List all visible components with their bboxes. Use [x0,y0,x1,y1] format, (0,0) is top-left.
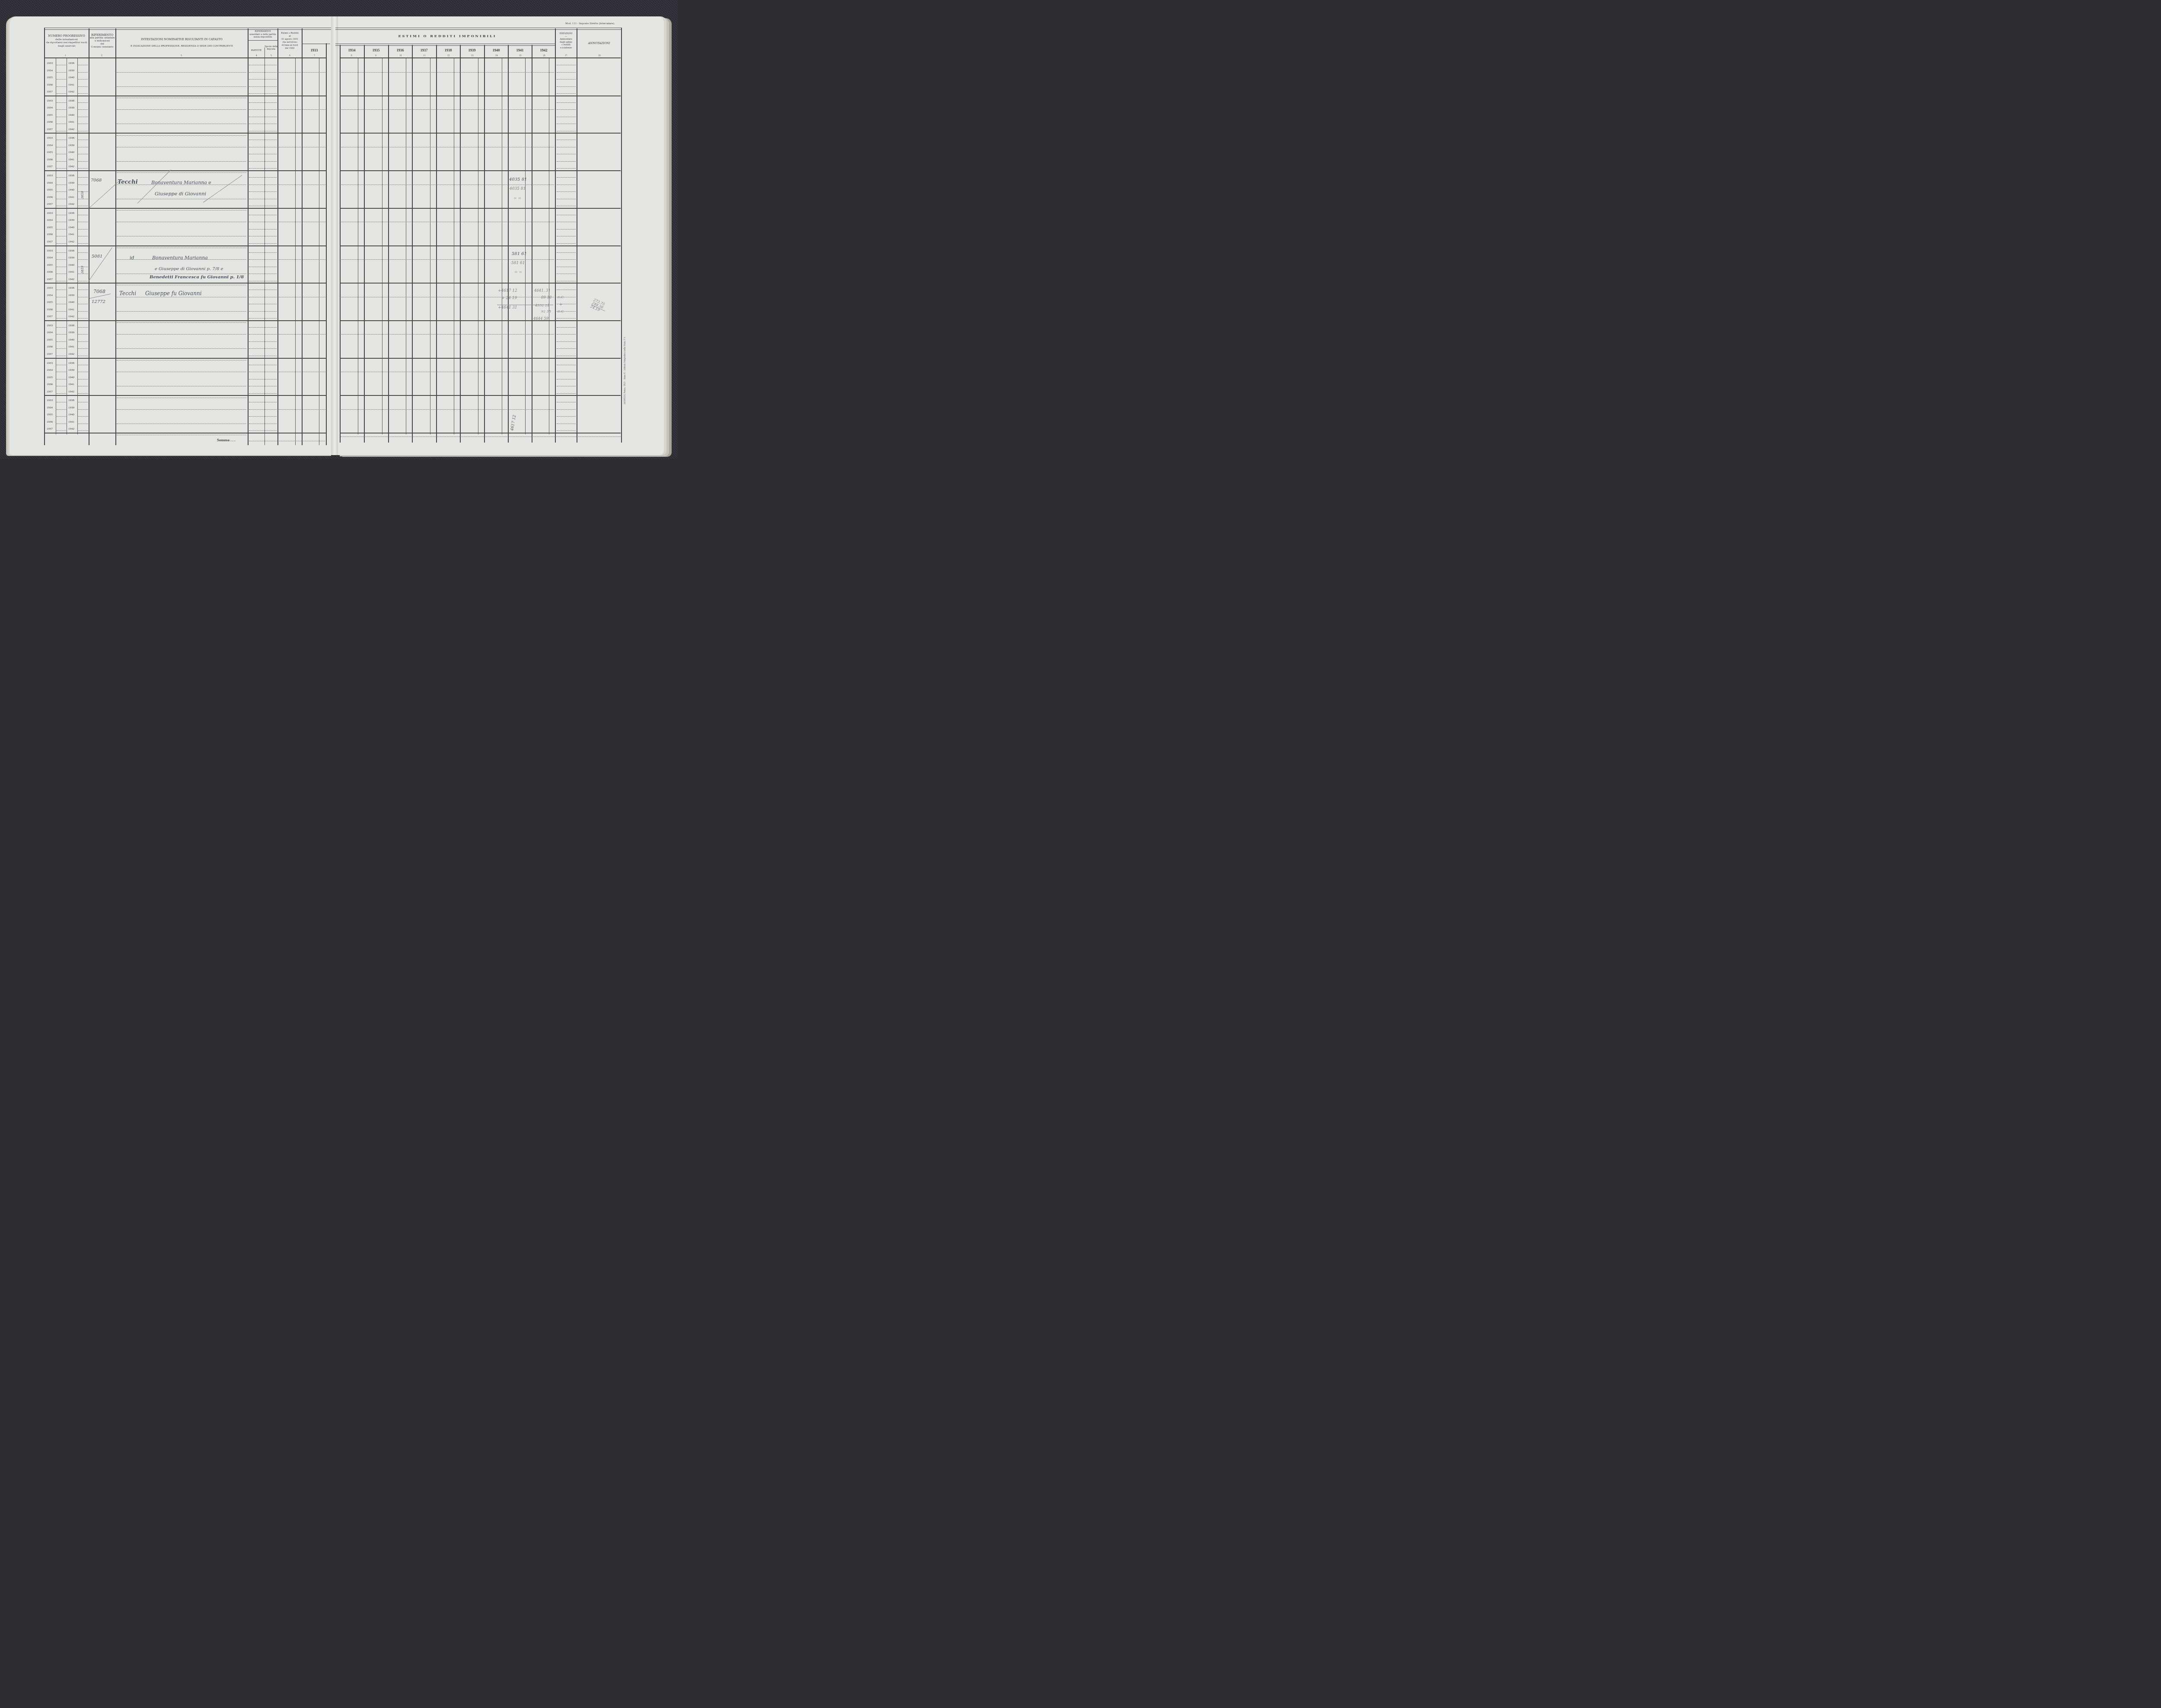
fill-dots [78,109,88,110]
block-separator [45,358,326,359]
fill-dots [249,222,277,222]
row-year-label: 1941 [68,195,74,199]
subheader-rule [302,44,330,44]
fill-dots [557,131,576,131]
col-divider [358,58,358,434]
value-main: 89 [541,296,546,300]
row-year-label: 1937 [47,427,53,430]
fill-dots [249,297,277,297]
row-year-label: 1939 [68,181,74,185]
fill-dots [557,281,576,281]
row-year-label: 1942 [68,427,74,430]
col-divider [549,58,549,434]
name-writing-line [117,360,246,360]
fill-dots [78,147,88,147]
row-year-label: 1942 [68,277,74,281]
header-subtitle: E INDICAZIONE DELLA PROFESSIONE, RESIDEN… [116,45,248,48]
fill-dots [557,379,576,379]
fill-dots [249,290,277,290]
fill-dots [249,259,277,260]
value-main: 581 [512,252,520,256]
fill-dots [78,348,88,349]
fill-dots [78,124,88,124]
name-writing-line [117,285,246,285]
fill-dots [249,185,277,185]
fill-dots [57,191,66,192]
row-year-label: 1940 [68,300,74,304]
header-line: che servirono [278,41,302,44]
fill-dots [78,334,88,335]
fill-dots [57,259,66,260]
name-writing-line [117,147,246,147]
col-divider [555,29,556,443]
row-year-label: 1938 [68,99,74,102]
column-number: 10 [399,55,402,57]
fill-dots [249,140,277,140]
fill-dots [57,215,66,215]
col-divider [454,58,454,434]
block-separator [340,96,621,96]
block-separator [45,320,326,321]
col-divider [295,58,296,445]
block-separator [45,96,326,96]
row-year-label: 1941 [68,120,74,124]
amount-writing-line [279,297,325,297]
block-separator [45,133,326,134]
row-year-label: 1941 [68,420,74,424]
fill-dots [78,229,88,229]
row-year-label: 1937 [47,202,53,206]
col-divider [577,29,577,443]
fill-dots [78,206,88,206]
amount-writing-line [279,372,325,372]
header-esenzioni: ESENZIONI — Ammontare degli estimi o red… [555,33,577,50]
fill-dots [249,243,277,244]
name-writing-line [117,386,246,386]
entry-name-line: Giuseppe di Giovanni [155,191,206,197]
col-divider [406,58,406,434]
row-year-label: 1933 [47,324,53,327]
entry-name-line: e Giuseppe di Giovanni p. 7/8 e [155,267,223,271]
header-year-1937: 1937 [412,48,436,52]
column-number: 15 [519,55,522,57]
fill-dots [57,93,66,94]
fill-dots [78,409,88,410]
row-year-label: 1933 [47,249,53,252]
fill-dots [57,386,66,386]
amount-writing-line [341,409,554,410]
row-year-label: 1936 [47,195,53,199]
fill-dots [57,161,66,162]
block-separator [340,208,621,209]
fill-dots [249,229,277,229]
fill-dots [57,379,66,379]
row-year-label: 1933 [47,361,53,365]
col-divider [248,29,249,445]
somma-label: Somma . . . [217,438,236,442]
fill-dots [57,124,66,124]
fill-dots [57,430,66,431]
fill-dots [249,318,277,319]
esenzioni-note: S.C. [558,309,564,313]
row-year-label: 1941 [68,382,74,386]
fill-dots [78,290,88,290]
name-writing-line [117,424,246,424]
fill-dots [557,206,576,206]
name-writing-line [117,372,246,372]
fill-dots [249,274,277,274]
fill-dots [557,199,576,199]
fill-dots [249,393,277,394]
header-line: Comune censuario [89,46,115,49]
row-year-label: 1940 [68,263,74,267]
fill-dots [557,65,576,65]
column-number: 18 [598,55,601,57]
fill-dots [557,365,576,365]
fill-dots [249,252,277,253]
column-number: 6 [289,55,290,57]
header-bottom-rule [45,57,326,58]
fill-dots [249,65,277,65]
value-cents: 10 [547,296,552,300]
name-writing-line [117,172,246,173]
fill-dots [557,356,576,356]
name-writing-line [117,409,246,410]
fill-dots [78,341,88,342]
fill-dots [78,386,88,386]
header-year-1933: 1933 [303,48,326,52]
header-line: di base ai ruoli [278,44,302,47]
col-divider [436,45,437,443]
value-cents: 19 [512,296,517,300]
column-number: 2 [101,55,102,57]
name-writing-line [117,161,246,162]
fill-dots [557,252,576,253]
fill-dots [557,430,576,431]
value-main: 92 [541,309,545,313]
row-year-label: 1941 [68,233,74,236]
fill-dots [557,259,576,260]
fill-dots [557,161,576,162]
entry-partita-number: 7068 [91,178,102,183]
row-year-label: 1936 [47,308,53,311]
row-year-label: 1936 [47,83,53,86]
value-main: +4641 [498,306,511,310]
name-writing-line [117,248,246,248]
fill-dots [557,327,576,328]
amount-writing-line [341,109,554,110]
col-divider [412,45,413,443]
table-right-border [621,28,622,443]
column-number: 11 [423,55,426,57]
fill-dots [249,215,277,215]
fill-dots [57,304,66,304]
entry-1941-line2: + 24 19 [501,296,517,300]
row-year-label: 1941 [68,345,74,348]
amount-writing-line [279,409,325,410]
fill-dots [57,318,66,319]
fill-dots [78,117,88,117]
name-writing-line [117,236,246,236]
fill-dots [249,72,277,73]
row-year-label: 1934 [47,368,53,372]
name-writing-line [117,210,246,210]
fill-dots [78,318,88,319]
column-number: 16 [543,55,545,57]
block-separator [340,245,621,246]
table-top-border [335,28,622,30]
name-writing-line [117,311,246,312]
fill-dots [249,341,277,342]
amount-writing-line [341,185,554,185]
fill-dots [57,409,66,410]
col-divider [525,58,526,434]
name-writing-line [117,274,246,274]
column-number: 14 [495,55,498,57]
col-divider [326,43,327,445]
header-estimi-1931: Estimi o Redditi al 31 agosto 1931 che s… [278,32,302,50]
fill-dots [57,79,66,80]
fill-dots [78,168,88,169]
row-year-label: 1935 [47,188,53,191]
header-numero-progressivo: NUMERO PROGRESSIVO delle intestazioni da… [45,35,88,48]
printer-imprint: (4108531) Roma, 1931 - Anno X - Istituto… [624,337,626,404]
fill-dots [78,402,88,402]
row-year-label: 1933 [47,286,53,290]
fill-dots [557,348,576,349]
column-number: 17 [565,55,567,57]
header-line: senza imponibile [248,36,277,39]
row-year-label: 1939 [68,256,74,259]
col-divider [302,29,303,445]
fill-dots [557,318,576,319]
value-main: 4641. [534,289,545,293]
fill-dots [57,416,66,417]
row-year-label: 1935 [47,76,53,79]
entry-name-line: Giuseppe fu Giovanni [145,290,202,296]
row-year-label: 1937 [47,165,53,168]
block-separator [45,433,326,433]
header-annotazioni: ANNOTAZIONI [577,42,621,45]
fill-dots [557,372,576,372]
amount-writing-line [341,147,554,147]
header-year-1936: 1936 [388,48,412,52]
col-divider [478,58,478,434]
fill-dots [57,147,66,147]
row-year-label: 1940 [68,413,74,416]
fill-dots [57,140,66,140]
fill-dots [57,65,66,65]
block-separator [45,395,326,396]
value-cents: 81 [522,177,527,182]
fill-dots [78,72,88,73]
row-year-label: 1937 [47,240,53,243]
name-writing-line [117,86,246,87]
fill-dots [249,430,277,431]
fill-dots [557,416,576,417]
fill-dots [78,281,88,281]
header-year-1938: 1938 [436,48,460,52]
table-top-border [44,28,331,30]
row-year-label: 1942 [68,352,74,356]
row-year-label: 1939 [68,218,74,222]
col-divider [430,58,430,434]
amount-writing-line [341,222,554,222]
row-year-label: 1935 [47,113,53,117]
fill-dots [78,379,88,379]
fill-dots [78,140,88,140]
fill-dots [57,177,66,178]
fill-dots [57,424,66,424]
row-year-label: 1942 [68,315,74,318]
entry-surname: Tecchi [119,290,136,296]
row-year-label: 1934 [47,143,53,147]
esenzioni-mark: + [559,303,563,307]
fill-dots [557,215,576,215]
col-divider [364,45,365,443]
row-year-label: 1939 [68,293,74,297]
fill-dots [78,215,88,215]
fill-dots [249,372,277,372]
fill-dots [57,117,66,117]
fill-dots [557,124,576,124]
fill-dots [249,109,277,110]
fill-dots [57,168,66,169]
fill-dots [78,393,88,394]
row-year-label: 1938 [68,361,74,365]
row-year-label: 1938 [68,136,74,140]
amount-writing-line [341,259,554,260]
col-divider [277,29,278,445]
row-year-label: 1938 [68,211,74,215]
fill-dots [557,168,576,169]
amount-writing-line [279,334,325,335]
esenzioni-note: S.C. [558,295,564,299]
row-year-label: 1939 [68,331,74,334]
block-separator [45,208,326,209]
fill-dots [78,102,88,103]
row-year-label: 1934 [47,69,53,72]
row-year-label: 1938 [68,324,74,327]
row-year-label: 1933 [47,174,53,177]
fill-dots [57,109,66,110]
fill-dots [57,131,66,131]
fill-dots [57,393,66,394]
fill-dots [78,185,88,185]
header-line: del [89,43,115,46]
column-number: 5 [271,55,272,57]
fill-dots [249,416,277,417]
row-year-label: 1933 [47,211,53,215]
col-divider [265,48,265,445]
name-writing-line [117,322,246,323]
fill-dots [557,102,576,103]
fill-dots [78,304,88,304]
fill-dots [557,409,576,410]
header-riferimento: RIFERIMENTO alla partita catastale e ind… [89,34,115,49]
entry-1942-line4: 92 38 [541,309,551,313]
name-writing-line [117,348,246,349]
header-partite: PARTITE [248,49,265,53]
col-divider [319,58,319,445]
fill-dots [57,311,66,312]
block-separator [340,395,621,396]
row-year-label: 1934 [47,293,53,297]
fill-dots [249,365,277,365]
amount-writing-line [341,334,554,335]
fill-dots [249,409,277,410]
block-separator [45,283,326,284]
row-year-label: 1938 [68,286,74,290]
fill-dots [78,243,88,244]
header-line: da riportarsi nei rispettivi ruoli [45,41,88,45]
fill-dots [249,206,277,206]
row-year-label: 1939 [68,143,74,147]
row-year-label: 1940 [68,226,74,229]
fill-dots [249,199,277,199]
entry-partita-number: 5081 [92,254,102,259]
value-cents: 12 [512,289,517,293]
col-divider [77,58,78,434]
amount-writing-line [279,222,325,222]
row-year-label: 1935 [47,226,53,229]
block-separator [340,133,621,134]
row-year-label: 1933 [47,99,53,102]
col-divider [340,45,341,443]
col-divider [89,29,89,445]
name-writing-line [117,334,246,335]
row-year-label: 1937 [47,390,53,393]
row-year-label: 1941 [68,158,74,161]
subheader-rule [248,40,277,41]
fill-dots [249,79,277,80]
form-code: Mod. 111 - Imposte Dirette (Intercalare)… [565,22,615,25]
fill-dots [249,379,277,379]
column-number: 13 [471,55,474,57]
value-main: 4644 [533,317,543,321]
fill-dots [78,93,88,94]
fill-dots [249,281,277,281]
value-main: 4552 [535,303,544,307]
fill-dots [57,154,66,154]
row-year-label: 1942 [68,202,74,206]
fill-dots [78,311,88,312]
header-year-1939: 1939 [460,48,484,52]
name-writing-line [117,109,246,110]
name-writing-line [117,199,246,199]
entry-progressive-number: 3819 [81,266,84,274]
row-year-label: 1941 [68,308,74,311]
header-line: degli esercizi [45,45,88,48]
row-year-label: 1939 [68,368,74,372]
row-year-label: 1933 [47,136,53,140]
block-separator [45,170,326,171]
fill-dots [557,243,576,244]
fill-dots [249,154,277,154]
fill-dots [57,372,66,372]
name-writing-line [117,72,246,73]
block-separator [340,433,621,433]
fill-dots [557,79,576,80]
row-year-label: 1938 [68,174,74,177]
fill-dots [78,252,88,253]
fill-dots [57,86,66,87]
fill-dots [557,222,576,222]
entry-1941-value: 4035 81 [509,177,527,182]
row-year-label: 1939 [68,69,74,72]
fill-dots [57,243,66,244]
amount-writing-line [279,72,325,73]
